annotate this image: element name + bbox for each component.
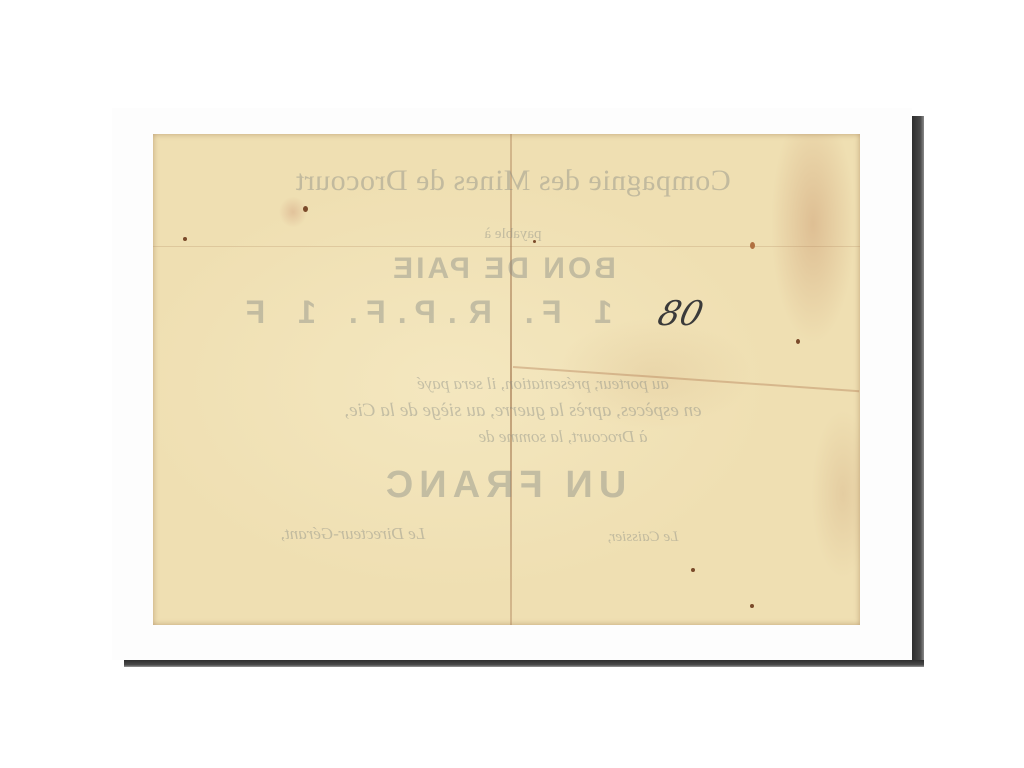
stain-spot <box>183 237 187 241</box>
mirrored-body-line-3: à Drocourt, la somme de <box>373 427 753 447</box>
mirrored-company-name: Compagnie des Mines de Drocourt <box>193 164 833 198</box>
perforated-edge-right <box>857 134 863 625</box>
stain-spot <box>303 206 308 212</box>
photo-shadow-bottom <box>124 660 924 667</box>
stain-spot <box>750 242 755 249</box>
mirrored-title: BON DE PAIE <box>293 252 713 286</box>
mirrored-denomination: 1 F. R.P.F. 1 F <box>193 294 653 331</box>
mirrored-body-line-1: au porteur, présentation, il sera payé <box>263 374 823 394</box>
mirrored-signature-cashier: Le Caissier, <box>583 529 703 546</box>
handwritten-number: 80 <box>654 294 708 334</box>
mirrored-signature-director: Le Directeur-Gérant, <box>238 524 468 544</box>
stain-spot <box>691 568 695 572</box>
mirrored-small-line: payable à <box>453 226 573 243</box>
stain-spot <box>750 604 754 608</box>
stain-spot <box>796 339 800 344</box>
photo-shadow-right <box>912 116 924 666</box>
perforated-edge-left <box>150 134 156 625</box>
mirrored-body-line-2: en espèces, après la guerre, au siège de… <box>193 400 853 422</box>
mirrored-amount: UN FRANC <box>293 464 713 507</box>
banknote: Compagnie des Mines de Drocourt payable … <box>153 134 860 625</box>
